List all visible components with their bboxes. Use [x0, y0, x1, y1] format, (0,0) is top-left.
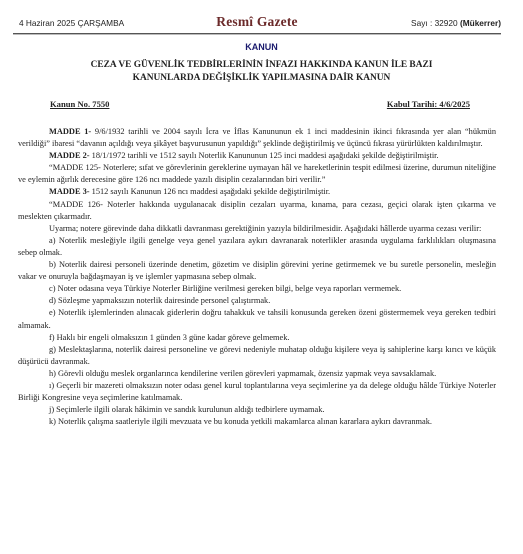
law-meta: Kanun No. 7550 Kabul Tarihi: 4/6/2025	[50, 99, 470, 113]
paragraph-text: b) Noterlik dairesi personeli üzerinde d…	[18, 260, 496, 281]
paragraph: Uyarma; notere görevinde daha dikkatli d…	[18, 223, 496, 235]
paragraph-text: f) Haklı bir engeli olmaksızın 1 günden …	[49, 333, 290, 342]
paragraph-text: ı) Geçerli bir mazereti olmaksızın noter…	[18, 381, 496, 402]
paragraph: e) Noterlik işlemlerinden alınacak gider…	[18, 307, 496, 331]
paragraph-text: “MADDE 126- Noterler hakkında uygulanaca…	[18, 200, 496, 221]
law-title-line-2: KANUNLARDA DEĞİŞİKLİK YAPILMASINA DAİR K…	[40, 72, 483, 85]
paragraph: a) Noterlik mesleğiyle ilgili genelge ve…	[18, 235, 496, 259]
law-body: MADDE 1- 9/6/1932 tarihli ve 2004 sayılı…	[18, 126, 496, 428]
paragraph-text: a) Noterlik mesleğiyle ilgili genelge ve…	[18, 236, 496, 257]
paragraph: j) Seçimlerle ilgili olarak hâkimin ve s…	[18, 404, 496, 416]
paragraph: ı) Geçerli bir mazereti olmaksızın noter…	[18, 380, 496, 404]
masthead: 4 Haziran 2025 ÇARŞAMBA Resmî Gazete Say…	[13, 14, 501, 34]
paragraph: k) Noterlik çalışma saatleriyle ilgili m…	[18, 416, 496, 428]
law-number: Kanun No. 7550	[50, 99, 109, 109]
masthead-divider	[13, 33, 501, 34]
paragraph: d) Sözleşme yapmaksızın noterlik dairesi…	[18, 295, 496, 307]
article-heading: MADDE 1-	[49, 127, 91, 136]
paragraph-text: e) Noterlik işlemlerinden alınacak gider…	[18, 308, 496, 329]
article-heading: MADDE 2-	[49, 151, 90, 160]
law-title: CEZA VE GÜVENLİK TEDBİRLERİNİN İNFAZI HA…	[40, 59, 483, 85]
paragraph: b) Noterlik dairesi personeli üzerinde d…	[18, 259, 496, 283]
paragraph-text: k) Noterlik çalışma saatleriyle ilgili m…	[49, 417, 432, 426]
paragraph: f) Haklı bir engeli olmaksızın 1 günden …	[18, 332, 496, 344]
section-label: KANUN	[0, 42, 523, 52]
paragraph-text: d) Sözleşme yapmaksızın noterlik dairesi…	[49, 296, 270, 305]
article-heading: MADDE 3-	[49, 187, 90, 196]
paragraph: h) Görevli olduğu meslek organlarınca ke…	[18, 368, 496, 380]
paragraph-text: 1512 sayılı Kanunun 126 ncı maddesi aşağ…	[90, 187, 331, 196]
paragraph-text: “MADDE 125- Noterlere; sıfat ve görevler…	[18, 163, 496, 184]
issue-number-text: Sayı : 32920	[411, 18, 458, 28]
gazette-page: 4 Haziran 2025 ÇARŞAMBA Resmî Gazete Say…	[0, 0, 523, 554]
paragraph: g) Meslektaşlarına, noterlik dairesi per…	[18, 344, 496, 368]
paragraph: MADDE 3- 1512 sayılı Kanunun 126 ncı mad…	[18, 186, 496, 198]
paragraph-text: h) Görevli olduğu meslek organlarınca ke…	[49, 369, 436, 378]
paragraph-text: Uyarma; notere görevinde daha dikkatli d…	[49, 224, 481, 233]
law-title-line-1: CEZA VE GÜVENLİK TEDBİRLERİNİN İNFAZI HA…	[40, 59, 483, 72]
paragraph: MADDE 1- 9/6/1932 tarihli ve 2004 sayılı…	[18, 126, 496, 150]
paragraph-text: j) Seçimlerle ilgili olarak hâkimin ve s…	[49, 405, 325, 414]
paragraph: “MADDE 125- Noterlere; sıfat ve görevler…	[18, 162, 496, 186]
issue-repeat-label: (Mükerrer)	[460, 18, 501, 28]
paragraph: MADDE 2- 18/1/1972 tarihli ve 1512 sayıl…	[18, 150, 496, 162]
paragraph-text: c) Noter odasına veya Türkiye Noterler B…	[49, 284, 401, 293]
issue-number: Sayı : 32920 (Mükerrer)	[411, 18, 501, 28]
acceptance-date: Kabul Tarihi: 4/6/2025	[387, 99, 470, 109]
paragraph-text: 18/1/1972 tarihli ve 1512 sayılı Noterli…	[90, 151, 439, 160]
paragraph-text: g) Meslektaşlarına, noterlik dairesi per…	[18, 345, 496, 366]
paragraph: “MADDE 126- Noterler hakkında uygulanaca…	[18, 199, 496, 223]
paragraph: c) Noter odasına veya Türkiye Noterler B…	[18, 283, 496, 295]
